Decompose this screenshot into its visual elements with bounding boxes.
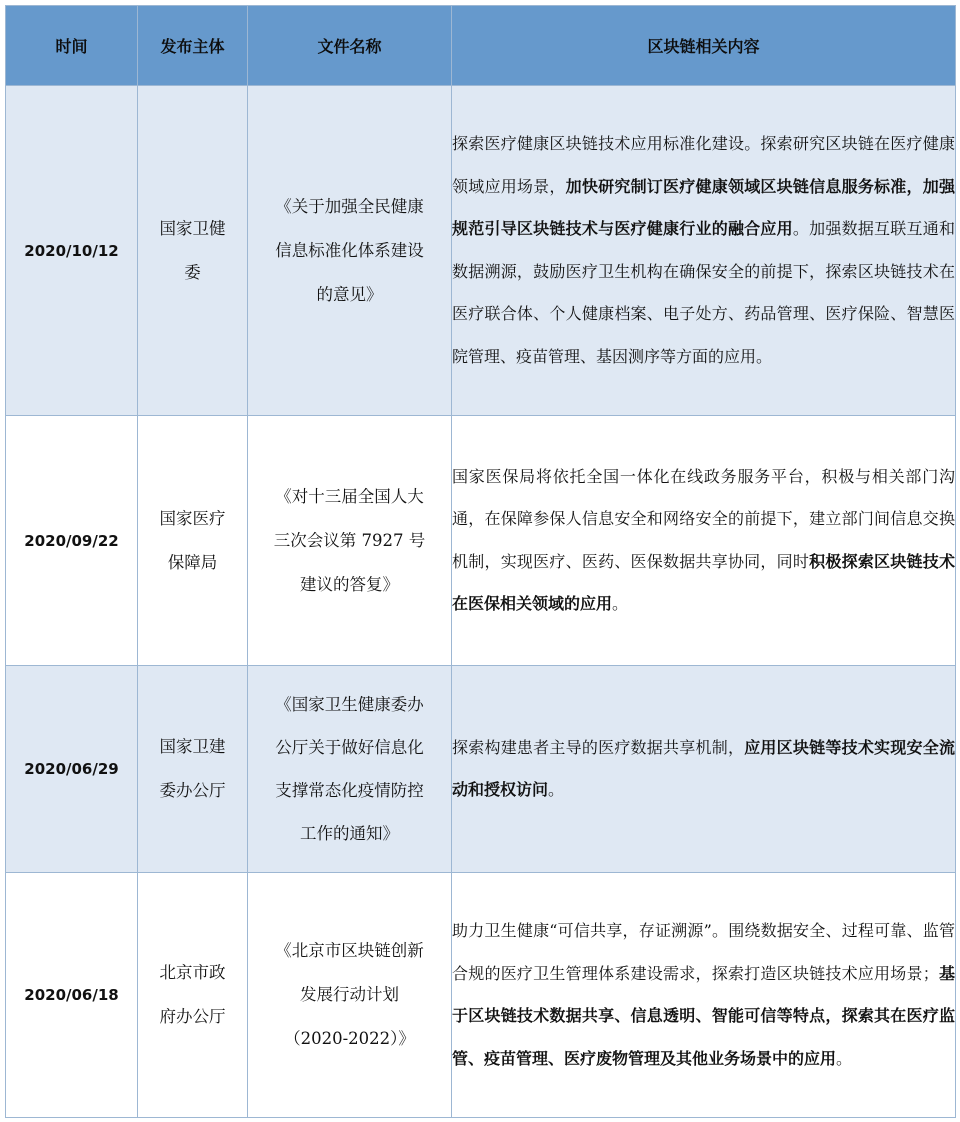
document-line: 三次会议第 7927 号	[248, 519, 451, 563]
content-cell: 国家医保局将依托全国一体化在线政务服务平台，积极与相关部门沟通，在保障参保人信息…	[452, 416, 956, 666]
issuer-line: 国家医疗	[138, 497, 247, 541]
content-text: 。	[612, 594, 628, 613]
document-line: 《对十三届全国人大	[248, 475, 451, 519]
table-row: 2020/06/18 北京市政 府办公厅 《北京市区块链创新 发展行动计划 （2…	[6, 873, 956, 1118]
document-line: 工作的通知》	[248, 812, 451, 855]
content-text: 。	[548, 780, 564, 799]
content-text: 探索构建患者主导的医疗数据共享机制，	[452, 738, 744, 757]
table-row: 2020/10/12 国家卫健 委 《关于加强全民健康 信息标准化体系建设 的意…	[6, 86, 956, 416]
document-cell: 《关于加强全民健康 信息标准化体系建设 的意见》	[248, 86, 452, 416]
header-row: 时间 发布主体 文件名称 区块链相关内容	[6, 6, 956, 86]
document-line: 公厅关于做好信息化	[248, 726, 451, 769]
issuer-line: 府办公厅	[138, 995, 247, 1039]
table-row: 2020/06/29 国家卫建 委办公厅 《国家卫生健康委办 公厅关于做好信息化…	[6, 666, 956, 873]
content-text: 。加强数据互联互通和数据溯源，鼓励医疗卫生机构在确保安全的前提下，探索区块链技术…	[452, 219, 955, 366]
issuer-line: 国家卫健	[138, 207, 247, 251]
issuer-cell: 国家卫健 委	[138, 86, 248, 416]
date-cell: 2020/06/29	[6, 666, 138, 873]
content-cell: 探索医疗健康区块链技术应用标准化建设。探索研究区块链在医疗健康领域应用场景，加快…	[452, 86, 956, 416]
document-line: 支撑常态化疫情防控	[248, 769, 451, 812]
content-text: 助力卫生健康“可信共享，存证溯源”。围绕数据安全、过程可靠、监管合规的医疗卫生管…	[452, 921, 955, 983]
issuer-line: 委	[138, 251, 247, 295]
blockchain-policy-table: 时间 发布主体 文件名称 区块链相关内容 2020/10/12 国家卫健 委 《…	[5, 5, 956, 1118]
document-cell: 《对十三届全国人大 三次会议第 7927 号 建议的答复》	[248, 416, 452, 666]
document-line: 的意见》	[248, 273, 451, 317]
content-cell: 助力卫生健康“可信共享，存证溯源”。围绕数据安全、过程可靠、监管合规的医疗卫生管…	[452, 873, 956, 1118]
document-cell: 《国家卫生健康委办 公厅关于做好信息化 支撑常态化疫情防控 工作的通知》	[248, 666, 452, 873]
document-line: 《关于加强全民健康	[248, 185, 451, 229]
header-date: 时间	[6, 6, 138, 86]
document-line: 发展行动计划	[248, 973, 451, 1017]
document-line: （2020-2022）》	[248, 1017, 451, 1061]
document-cell: 《北京市区块链创新 发展行动计划 （2020-2022）》	[248, 873, 452, 1118]
issuer-line: 委办公厅	[138, 769, 247, 813]
issuer-line: 保障局	[138, 541, 247, 585]
issuer-cell: 国家医疗 保障局	[138, 416, 248, 666]
table-row: 2020/09/22 国家医疗 保障局 《对十三届全国人大 三次会议第 7927…	[6, 416, 956, 666]
document-line: 建议的答复》	[248, 563, 451, 607]
document-line: 《北京市区块链创新	[248, 929, 451, 973]
header-content: 区块链相关内容	[452, 6, 956, 86]
document-line: 《国家卫生健康委办	[248, 683, 451, 726]
content-text: 。	[836, 1049, 852, 1068]
issuer-line: 北京市政	[138, 951, 247, 995]
issuer-cell: 北京市政 府办公厅	[138, 873, 248, 1118]
header-document: 文件名称	[248, 6, 452, 86]
date-cell: 2020/06/18	[6, 873, 138, 1118]
issuer-cell: 国家卫建 委办公厅	[138, 666, 248, 873]
date-cell: 2020/09/22	[6, 416, 138, 666]
issuer-line: 国家卫建	[138, 725, 247, 769]
document-line: 信息标准化体系建设	[248, 229, 451, 273]
header-issuer: 发布主体	[138, 6, 248, 86]
date-cell: 2020/10/12	[6, 86, 138, 416]
content-cell: 探索构建患者主导的医疗数据共享机制，应用区块链等技术实现安全流动和授权访问。	[452, 666, 956, 873]
